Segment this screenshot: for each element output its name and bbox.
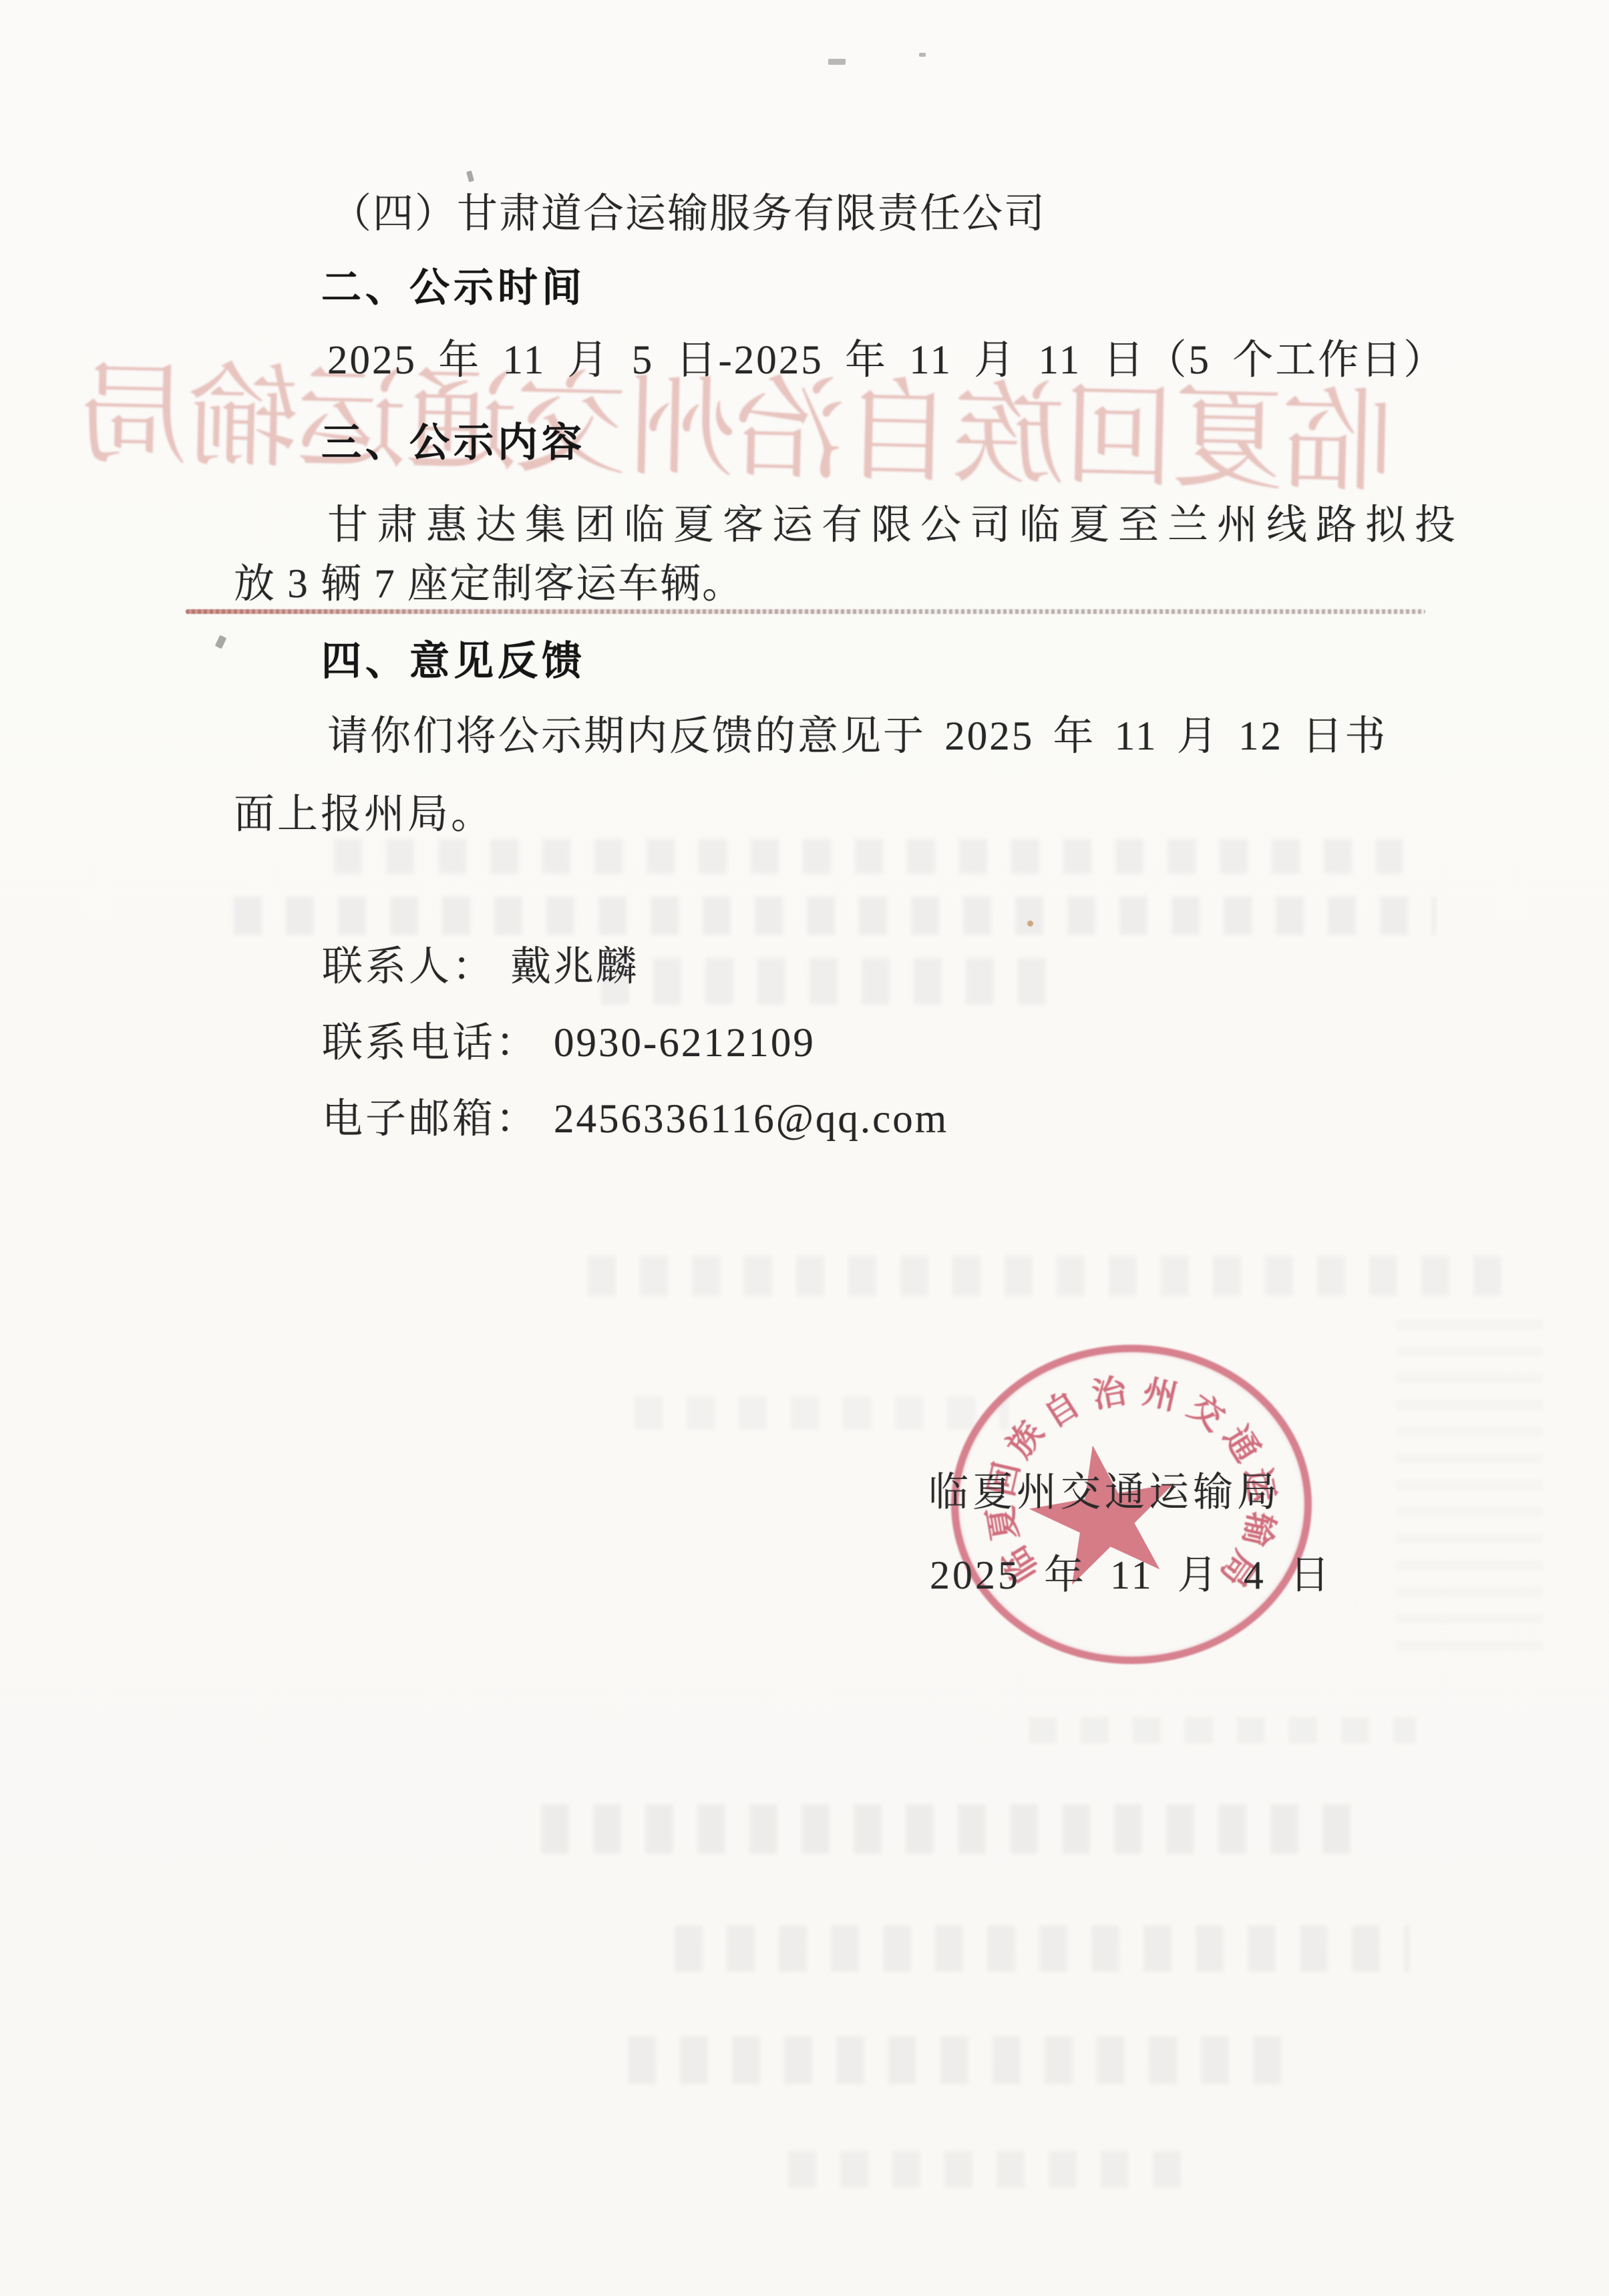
- signature-date: 2025 年 11 月 4 日: [930, 1543, 1332, 1601]
- feedback-line-2: 面上报州局。: [234, 792, 494, 838]
- ghost-text: [234, 896, 1436, 935]
- contact-phone-value: 0930-6212109: [554, 1021, 816, 1065]
- seal-ring-char: 州: [1139, 1364, 1183, 1420]
- contact-email-value: 2456336116@qq.com: [554, 1097, 948, 1142]
- ghost-text: [541, 1804, 1369, 1854]
- seal-ring-char: 自: [1033, 1377, 1088, 1437]
- contact-person-row: 联系人：戴兆麟: [322, 934, 639, 992]
- ghost-text: [588, 1256, 1523, 1296]
- scanned-notice-page: 临夏回族自治州交通运输局 （四）甘肃道合运输服务有限责任公司 二、公示时间 20…: [0, 0, 1609, 2296]
- section-heading-2: 二、公示时间: [321, 265, 586, 311]
- publicity-date-range: 2025 年 11 月 5 日-2025 年 11 月 11 日（5 个工作日）: [327, 337, 1446, 384]
- ghost-text: [675, 1925, 1409, 1972]
- seal-ring-char: 交: [1180, 1380, 1236, 1440]
- seal-ring-char: 治: [1088, 1363, 1130, 1418]
- content-line-1: 甘肃惠达集团临夏客运有限公司临夏至兰州线路拟投: [327, 502, 1464, 549]
- section-heading-4: 四、意见反馈: [321, 638, 586, 684]
- scan-speck: [1027, 921, 1033, 927]
- contact-phone-row: 联系电话：0930-6212109: [322, 1010, 816, 1068]
- list-item-company-4: （四）甘肃道合运输服务有限责任公司: [331, 191, 1046, 238]
- ghost-text: [601, 958, 1055, 1005]
- contact-email-row: 电子邮箱：2456336116@qq.com: [322, 1086, 948, 1144]
- contact-phone-label: 联系电话：: [322, 1021, 539, 1065]
- scan-speck: [919, 53, 926, 57]
- contact-email-label: 电子邮箱：: [322, 1097, 539, 1142]
- scan-speck: [828, 59, 846, 65]
- ghost-text: [334, 839, 1403, 874]
- ghost-text: [788, 2151, 1202, 2188]
- scan-speck: [215, 635, 227, 649]
- ghost-text: [1029, 1717, 1416, 1744]
- ghost-text: [635, 1396, 1009, 1430]
- section-heading-3: 三、公示内容: [321, 420, 586, 466]
- scan-divider-line: [186, 609, 1425, 614]
- scan-speck: [466, 170, 474, 182]
- feedback-line-1: 请你们将公示期内反馈的意见于 2025 年 11 月 12 日书: [327, 713, 1387, 760]
- contact-person-label: 联系人：: [322, 945, 496, 989]
- ghost-text: [628, 2036, 1296, 2084]
- ghost-text: [1396, 1303, 1543, 1650]
- content-line-2: 放 3 辆 7 座定制客运车辆。: [234, 561, 744, 608]
- signature-organization: 临夏州交通运输局: [928, 1460, 1281, 1518]
